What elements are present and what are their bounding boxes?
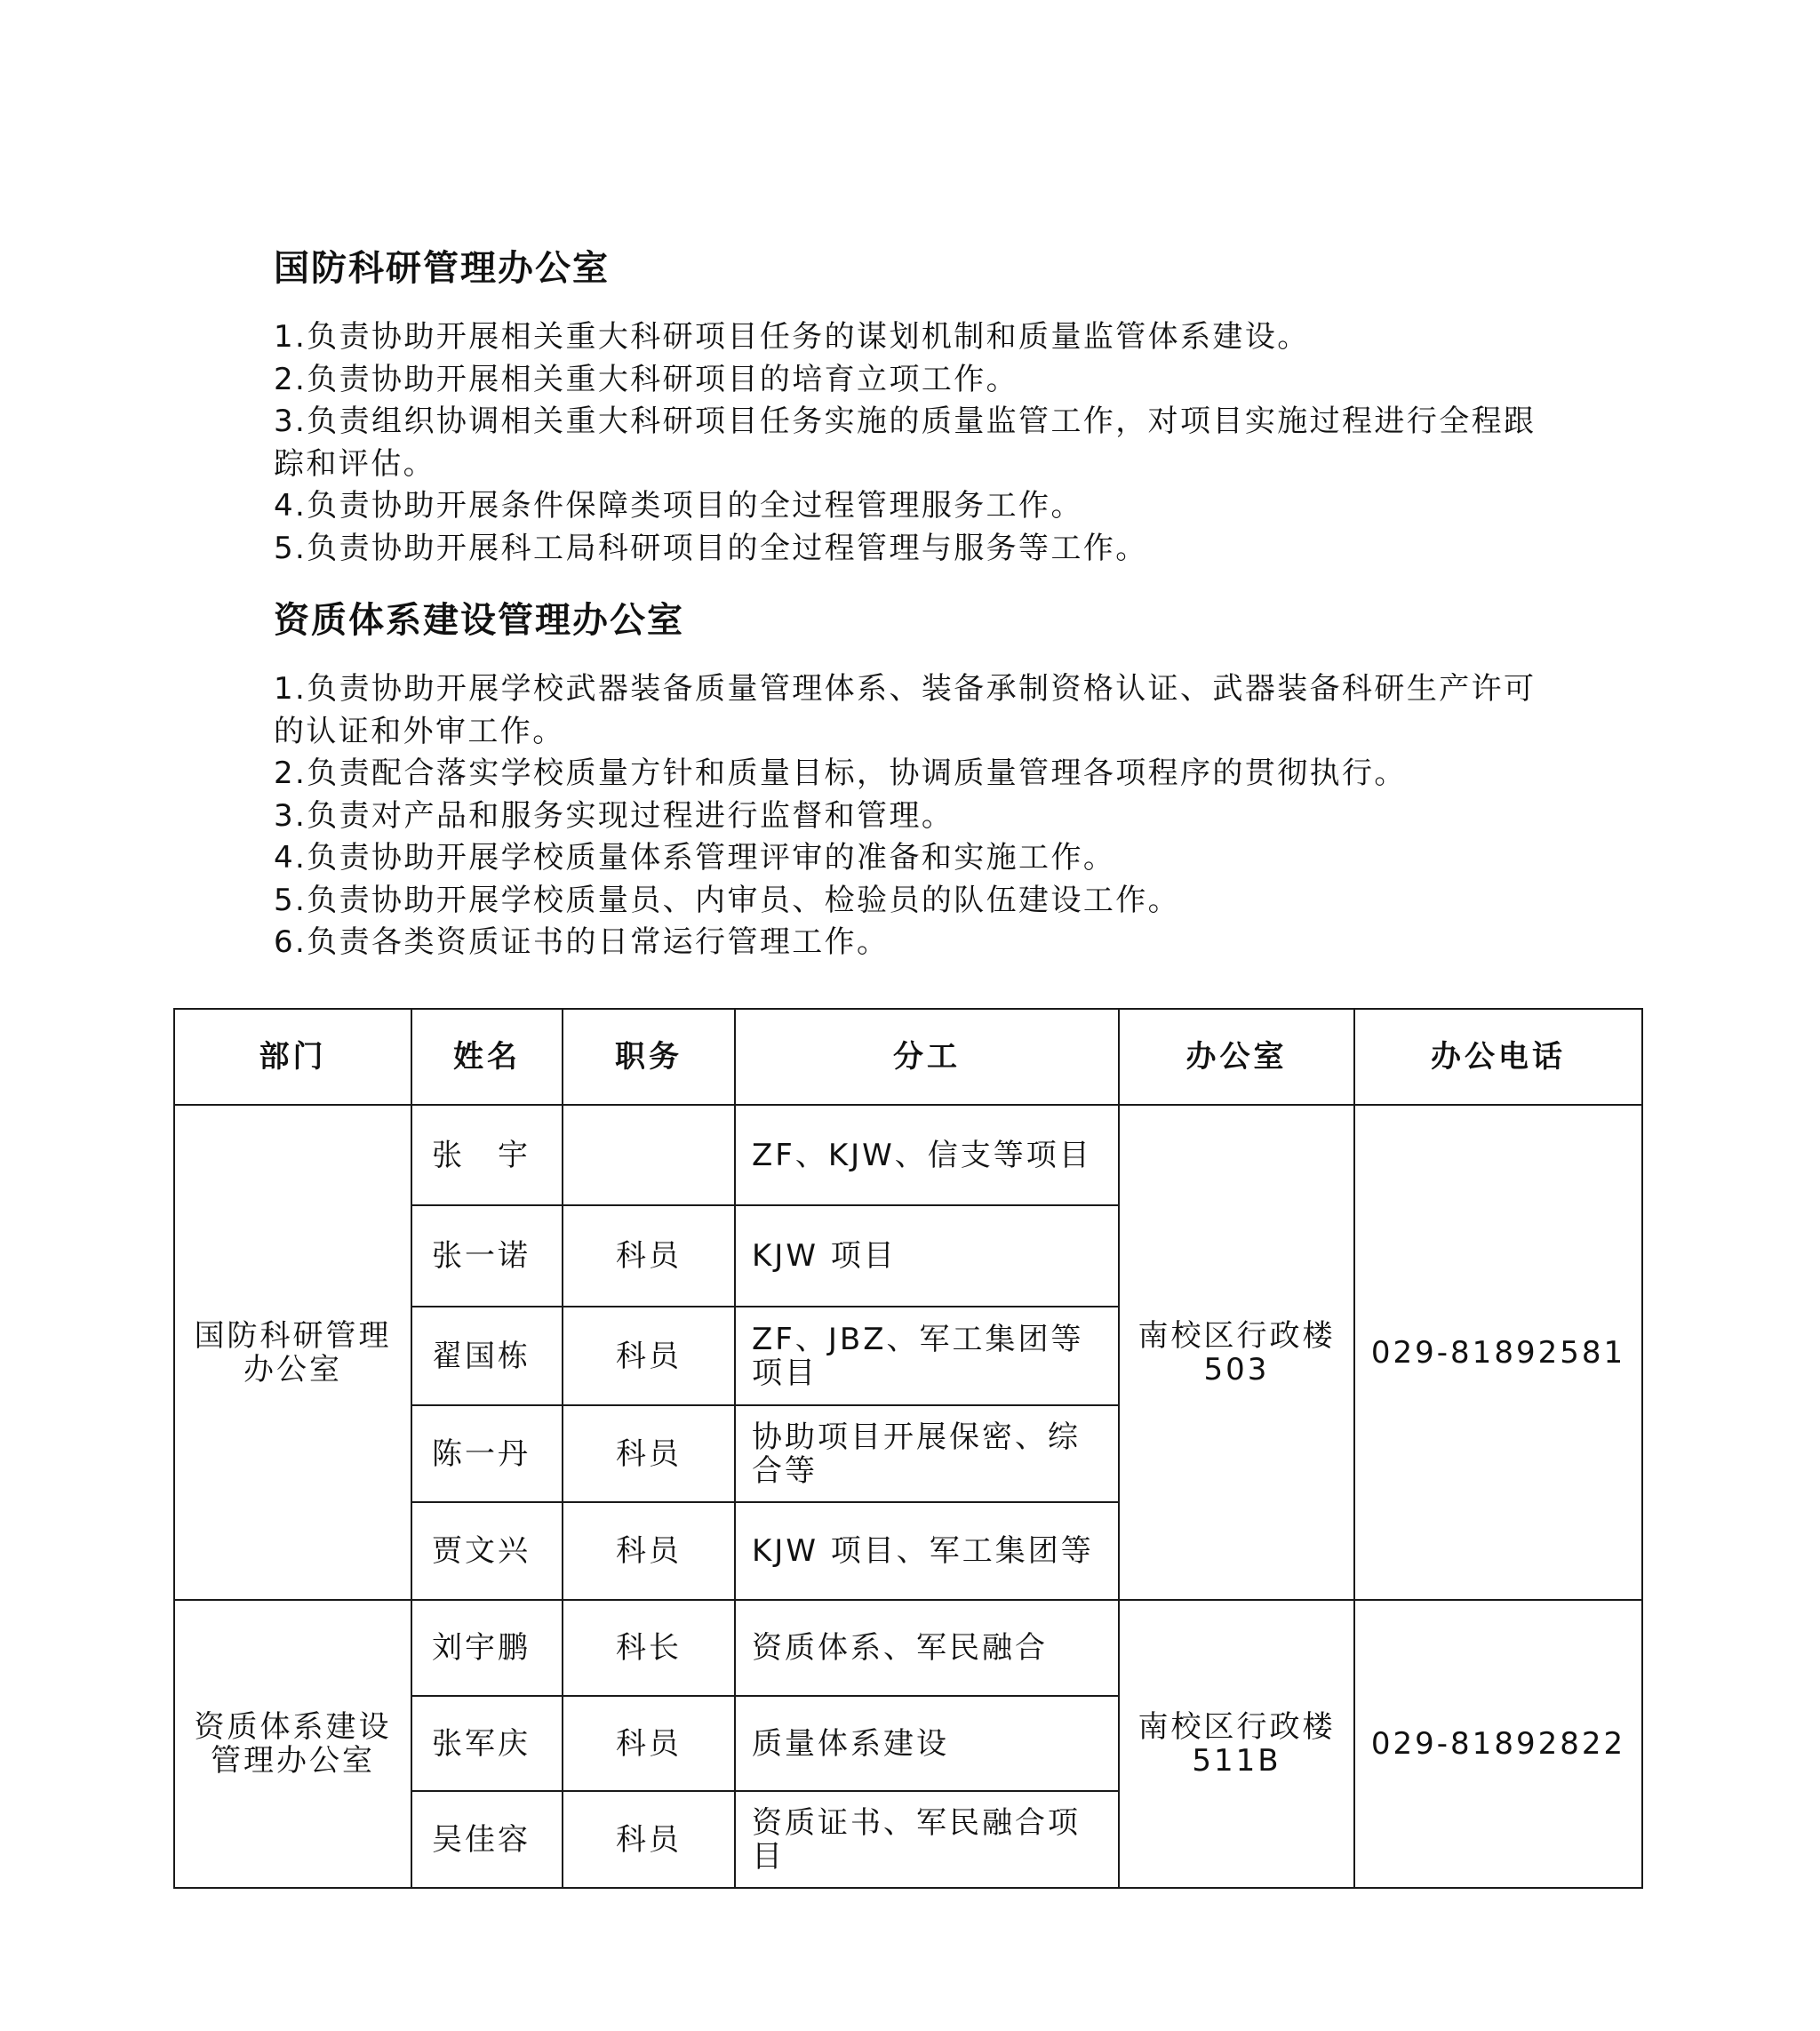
- phone-cell: 029-81892822: [1354, 1600, 1642, 1888]
- role-cell: 科员: [563, 1205, 735, 1307]
- duty-list: 1.负责协助开展学校武器装备质量管理体系、装备承制资格认证、武器装备科研生产许可…: [274, 668, 1553, 964]
- office-cell: 南校区行政楼 503: [1119, 1105, 1354, 1600]
- header-phone: 办公电话: [1354, 1009, 1642, 1105]
- duty-item: 3.负责组织协调相关重大科研项目任务实施的质量监管工作，对项目实施过程进行全程跟…: [274, 401, 1545, 485]
- table-header-row: 部门 姓名 职务 分工 办公室 办公电话: [174, 1009, 1642, 1105]
- role-cell: 科员: [563, 1502, 735, 1600]
- duty-cell: 资质证书、军民融合项目: [735, 1791, 1119, 1888]
- name-cell: 贾文兴: [411, 1502, 563, 1600]
- department-cell: 资质体系建设管理办公室: [174, 1600, 411, 1888]
- role-cell: 科长: [563, 1600, 735, 1696]
- duty-item: 1.负责协助开展学校武器装备质量管理体系、装备承制资格认证、武器装备科研生产许可…: [274, 668, 1545, 753]
- office-cell: 南校区行政楼 511B: [1119, 1600, 1354, 1888]
- role-cell: 科员: [563, 1696, 735, 1791]
- duty-item: 4.负责协助开展条件保障类项目的全过程管理服务工作。: [274, 485, 1545, 528]
- duty-list: 1.负责协助开展相关重大科研项目任务的谋划机制和质量监管体系建设。 2.负责协助…: [274, 316, 1553, 570]
- section-title: 资质体系建设管理办公室: [274, 599, 1553, 642]
- name-cell: 张一诺: [411, 1205, 563, 1307]
- duty-cell: ZF、JBZ、军工集团等项目: [735, 1307, 1119, 1405]
- name-cell: 陈一丹: [411, 1405, 563, 1502]
- role-cell: [563, 1105, 735, 1205]
- name-cell: 刘宇鹏: [411, 1600, 563, 1696]
- section-qualification-system-office: 资质体系建设管理办公室 1.负责协助开展学校武器装备质量管理体系、装备承制资格认…: [274, 599, 1553, 964]
- staff-table: 部门 姓名 职务 分工 办公室 办公电话 国防科研管理办公室 张 宇 ZF、KJ…: [173, 1008, 1643, 1889]
- table-row: 资质体系建设管理办公室 刘宇鹏 科长 资质体系、军民融合 南校区行政楼 511B…: [174, 1600, 1642, 1696]
- duty-cell: 协助项目开展保密、综合等: [735, 1405, 1119, 1502]
- header-department: 部门: [174, 1009, 411, 1105]
- duty-cell: KJW 项目: [735, 1205, 1119, 1307]
- duty-item: 4.负责协助开展学校质量体系管理评审的准备和实施工作。: [274, 837, 1545, 880]
- role-cell: 科员: [563, 1791, 735, 1888]
- duty-item: 1.负责协助开展相关重大科研项目任务的谋划机制和质量监管体系建设。: [274, 316, 1545, 359]
- duty-cell: 质量体系建设: [735, 1696, 1119, 1791]
- name-cell: 翟国栋: [411, 1307, 563, 1405]
- header-duty: 分工: [735, 1009, 1119, 1105]
- duty-cell: KJW 项目、军工集团等: [735, 1502, 1119, 1600]
- duty-item: 6.负责各类资质证书的日常运行管理工作。: [274, 922, 1545, 964]
- duty-item: 2.负责协助开展相关重大科研项目的培育立项工作。: [274, 359, 1545, 402]
- name-cell: 吴佳容: [411, 1791, 563, 1888]
- duty-item: 5.负责协助开展科工局科研项目的全过程管理与服务等工作。: [274, 528, 1545, 571]
- role-cell: 科员: [563, 1405, 735, 1502]
- duty-item: 3.负责对产品和服务实现过程进行监督和管理。: [274, 796, 1545, 838]
- duty-cell: ZF、KJW、信支等项目: [735, 1105, 1119, 1205]
- name-cell: 张 宇: [411, 1105, 563, 1205]
- duty-item: 2.负责配合落实学校质量方针和质量目标，协调质量管理各项程序的贯彻执行。: [274, 753, 1545, 796]
- duty-cell: 资质体系、军民融合: [735, 1600, 1119, 1696]
- section-defense-research-office: 国防科研管理办公室 1.负责协助开展相关重大科研项目任务的谋划机制和质量监管体系…: [274, 247, 1553, 570]
- name-cell: 张军庆: [411, 1696, 563, 1791]
- header-office: 办公室: [1119, 1009, 1354, 1105]
- department-cell: 国防科研管理办公室: [174, 1105, 411, 1600]
- header-role: 职务: [563, 1009, 735, 1105]
- phone-cell: 029-81892581: [1354, 1105, 1642, 1600]
- role-cell: 科员: [563, 1307, 735, 1405]
- section-title: 国防科研管理办公室: [274, 247, 1553, 290]
- duty-item: 5.负责协助开展学校质量员、内审员、检验员的队伍建设工作。: [274, 880, 1545, 923]
- header-name: 姓名: [411, 1009, 563, 1105]
- table-row: 国防科研管理办公室 张 宇 ZF、KJW、信支等项目 南校区行政楼 503 02…: [174, 1105, 1642, 1205]
